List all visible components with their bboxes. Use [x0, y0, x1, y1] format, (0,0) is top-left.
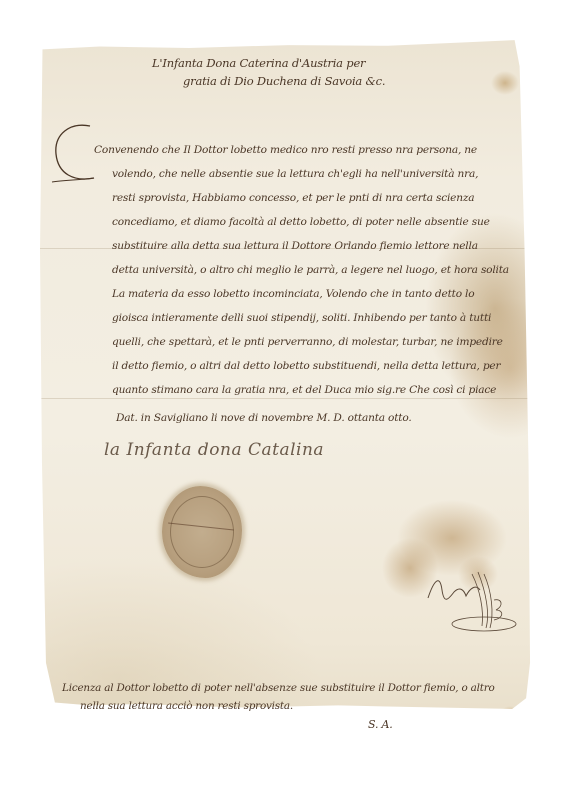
fold-line — [40, 398, 537, 399]
body-line: detta università, o altro chi meglio le … — [112, 263, 509, 277]
secretary-signature-flourish-icon — [420, 570, 520, 640]
wax-seal — [162, 486, 242, 578]
date-line: Dat. in Savigliano li nove di novembre M… — [116, 411, 412, 425]
body-line: resti sprovista, Habbiamo concesso, et p… — [112, 191, 474, 205]
body-line: Convenendo che Il Dottor lobetto medico … — [94, 143, 477, 157]
seal-ring — [170, 496, 234, 568]
body-line: concediamo, et diamo facoltà al detto lo… — [112, 215, 490, 229]
body-line: il detto fiemio, o altri dal detto lobet… — [112, 359, 500, 373]
decorative-initial-c-icon — [50, 120, 96, 190]
footer-line-1: Licenza al Dottor lobetto di poter nell'… — [62, 681, 495, 695]
footer-line-2: nella sua lettura acciò non resti sprovi… — [80, 699, 293, 713]
heading-line-2: gratia di Dio Duchena di Savoia &c. — [183, 73, 385, 90]
body-line: La materia da esso lobetto incominciata,… — [112, 287, 474, 301]
footer-initials: S. A. — [368, 718, 393, 731]
body-line: gioisca intieramente delli suoi stipendi… — [112, 311, 491, 325]
body-line: substituire alla detta sua lettura il Do… — [112, 239, 478, 253]
signature-infanta: la Infanta dona Catalina — [104, 440, 324, 460]
document-photo: L'Infanta Dona Caterina d'Austria per gr… — [0, 0, 585, 800]
body-line: volendo, che nelle absentie sue la lettu… — [112, 167, 478, 181]
heading-line-1: L'Infanta Dona Caterina d'Austria per — [152, 55, 365, 72]
body-line: quelli, che spettarà, et le pnti perverr… — [112, 335, 503, 349]
body-line: quanto stimano cara la gratia nra, et de… — [112, 383, 496, 397]
